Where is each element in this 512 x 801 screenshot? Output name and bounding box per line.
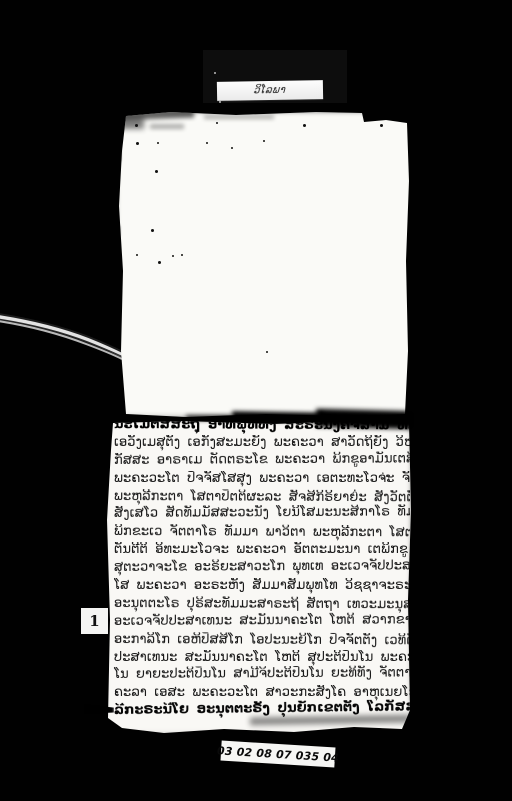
- manuscript-line-10: ໂສ ພະຄະວາ ອະຣະຫັງ ສັມມາສັມພຸທໂທ ວິຊຊາຈະຣ…: [114, 578, 410, 596]
- paper-speck: [135, 124, 138, 127]
- page-overlap-shadow: [186, 415, 232, 420]
- manuscript-photograph: ວິໂລພາ ນະໂມຕັສສະຖຸ ອາທິພຸທທັງ ສະຣະນັງຄັຈ…: [0, 0, 512, 801]
- paper-speck: [172, 255, 174, 257]
- paper-speck: [380, 124, 383, 127]
- paper-speck: [263, 140, 265, 142]
- paper-speck: [136, 254, 138, 256]
- torn-edge-smudge: [204, 115, 274, 119]
- manuscript-line-6: ສັງເສໂວ ສັດທັມມັສສະວະນັງ ໂຍນິໂສມະນະສິກາໂ…: [114, 505, 410, 524]
- paper-speck: [216, 122, 218, 124]
- page-number: 1: [89, 612, 99, 630]
- paper-speck: [181, 254, 183, 256]
- paper-speck: [151, 229, 154, 232]
- paper-speck: [266, 351, 268, 353]
- manuscript-line-12: ອະເວຈຈັປປະສາເທນະ ສະມັນນາຄະໂຕ ໂຫຕິ ສວາກຂາ…: [114, 612, 410, 631]
- manuscript-line-3: ກັສສະ ອາຣາເມ ຕັດຕຣະໂຂ ພະຄະວາ ພິກຂູອາມັນເ…: [114, 451, 410, 470]
- manuscript-text-block: ນະໂມຕັສສະຖຸ ອາທິພຸທທັງ ສະຣະນັງຄັຈສາມິ ທັ…: [114, 417, 410, 737]
- title-label-text: ວິໂລພາ: [253, 84, 287, 96]
- manuscript-line-2: ເອວັງເມສຸຕັງ ເອກັງສະມະຍັງ ພະຄະວາ ສາວັດຖິ…: [114, 435, 410, 453]
- paper-speck: [155, 170, 158, 173]
- manuscript-line-9: ສຸຕະວາຈະໂຂ ອະຣິຍະສາວະໂກ ພຸທເທ ອະເວຈຈັປປະ…: [114, 559, 410, 578]
- manuscript-line-4: ພະຄະວະໂຕ ປັຈຈັສໂສສຸງ ພະຄະວາ ເອຕະທະໂວຈະ ຈ…: [114, 471, 410, 489]
- blank-top-page: [116, 111, 412, 420]
- interlinear-correction: ດໍ່: [352, 489, 357, 498]
- paper-speck: [231, 147, 233, 149]
- manuscript-line-13: ອະກາລິໂກ ເອຫິປັສສິໂກ ໂອປະນະຍິໂກ ປັຈຈັຕຕັ…: [114, 632, 410, 651]
- manuscript-line-7: ພິກຂະເວ ຈັຕຕາໂຣ ທັມມາ ພາວິຕາ ພະຫຸລີກະຕາ …: [114, 524, 410, 543]
- dust-speck: [219, 101, 221, 103]
- archive-code-text: 03 02 08 07 035 04: [217, 744, 340, 764]
- manuscript-line-8: ຕັນຕີຕິ ອິທະມະໂວຈະ ພະຄະວາ ອັຕຕະມະນາ ເຕພິ…: [114, 542, 410, 560]
- paper-speck: [136, 142, 139, 145]
- manuscript-text-page: ນະໂມຕັສສະຖຸ ອາທິພຸທທັງ ສະຣະນັງຄັຈສາມິ ທັ…: [104, 420, 412, 740]
- manuscript-line-15: ໂນ ຍາຍະປະຕິປັນໂນ ສາມີຈິປະຕິປັນໂນ ຍະທິທັງ…: [114, 666, 410, 685]
- page-number-marker: 1: [81, 608, 108, 634]
- page-overlap-shadow: [316, 409, 414, 430]
- title-label-slip: ວິໂລພາ: [217, 80, 323, 101]
- paper-speck: [158, 261, 161, 264]
- page-overlap-shadow: [232, 411, 324, 422]
- paper-speck: [303, 124, 306, 127]
- dust-speck: [214, 72, 216, 74]
- paper-speck: [206, 142, 208, 144]
- torn-edge-smudge: [150, 124, 184, 129]
- interlinear-correction: ດໍາ: [380, 472, 390, 481]
- paper-speck: [157, 142, 159, 144]
